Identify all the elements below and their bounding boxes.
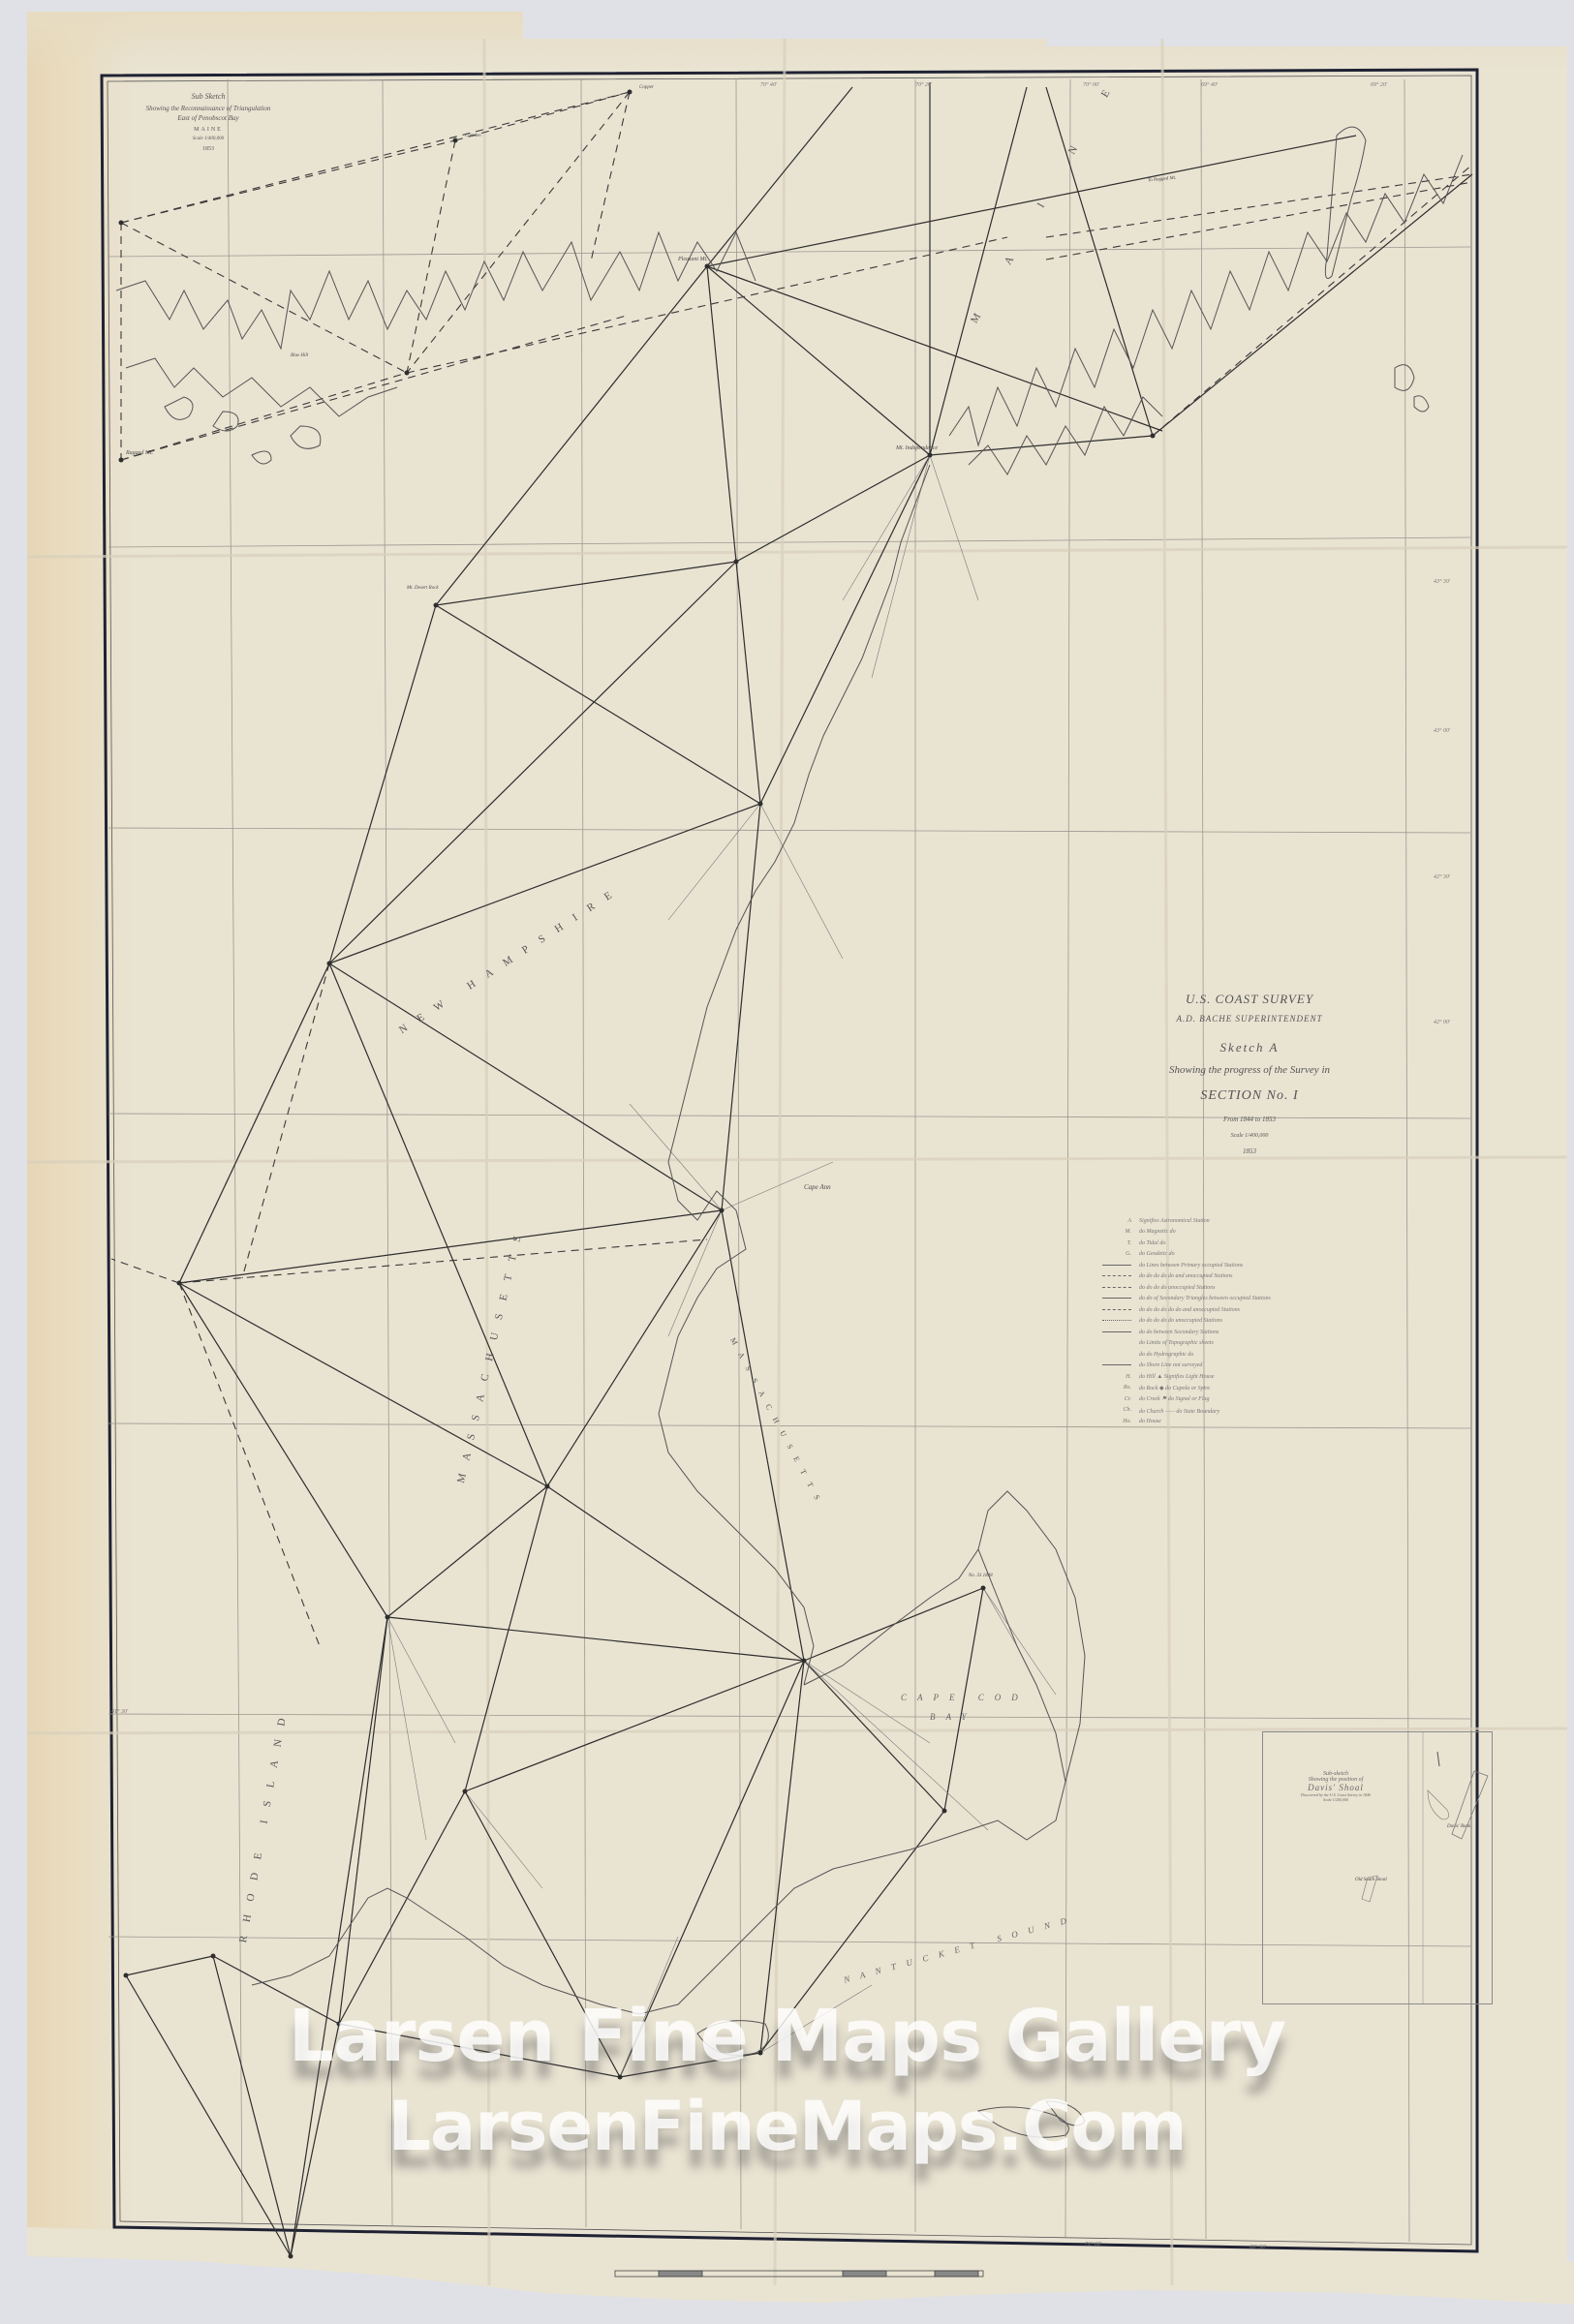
water-label-cape-cod: CAPE COD [901,1693,1029,1702]
solid-line-icon [1102,1364,1131,1365]
place-label: Copper [639,85,654,90]
latitude-tick: 43° 30' [1434,579,1450,585]
legend-row: Ho.do House [1093,1416,1271,1427]
latitude-tick: 43° 00' [1434,728,1450,734]
legend-row: do do do do do do and unoccupied Station… [1093,1304,1271,1316]
solid-line-icon [1102,1298,1131,1299]
place-label: Pleasant Mt. [678,257,708,262]
legend-row: do do of Secondary Triangles between occ… [1093,1294,1271,1305]
scale-text: Scale 1/400,000 [1114,1133,1385,1139]
sketch-title: Sketch A [1114,1041,1385,1054]
legend-row: do do do do unoccupied Stations [1093,1282,1271,1294]
solid-line-icon [1102,1265,1131,1266]
agency-title: U.S. COAST SURVEY [1114,993,1385,1005]
longitude-tick: 71° 00' [1085,2242,1101,2248]
legend-row: G.do Geodetic do [1093,1249,1271,1261]
longitude-tick: 69° 50' [1250,2245,1266,2250]
legend-row: ASignifies Astronomical Station [1093,1215,1271,1227]
place-label: Ragged Mt. [126,450,153,456]
latitude-tick: 41° 30' [111,1709,128,1715]
legend-row: do do between Secondary Stations [1093,1327,1271,1338]
legend-row: do Limits of Topographic sheets [1093,1338,1271,1350]
place-label: Mt. Desert Rock [407,586,439,591]
watermark-website: LarsenFineMaps.Com [0,2087,1574,2166]
torn-edge [523,0,1046,39]
map-title-block: U.S. COAST SURVEY A.D. BACHE SUPERINTEND… [1114,993,1385,1155]
legend-row: do do do do do and unoccupied Stations [1093,1271,1271,1283]
dashed-line-icon [1102,1309,1131,1310]
sub-sketch-title: Sub Sketch [97,92,320,101]
place-label: Blue Hill [291,353,308,358]
publication-year: 1853 [1114,1148,1385,1155]
place-label: Camden [465,134,481,138]
legend-row: M.do Magnetic do [1093,1227,1271,1238]
sub-sketch-line2: East of Penobscot Bay [97,114,320,122]
water-label-bay: BAY [930,1712,977,1722]
watermark-gallery-name: Larsen Fine Maps Gallery [0,1995,1574,2078]
longitude-tick: 69° 40' [1201,82,1218,88]
legend-row: H.do Hill ▲ Signifies Light House [1093,1371,1271,1383]
place-label: Mt. Independence [896,445,938,451]
longitude-tick: 70° 20' [915,82,932,88]
sub-sketch-penobscot: Sub Sketch Showing the Reconnaissance of… [97,92,320,152]
legend-row: Ch.do Church ⸺ do State Boundary [1093,1405,1271,1417]
dotted-line-icon [1102,1320,1131,1321]
date-range: From 1844 to 1853 [1114,1116,1385,1123]
legend-row: T.do Tidal do [1093,1238,1271,1249]
superintendent-line: A.D. BACHE SUPERINTENDENT [1114,1015,1385,1024]
sketch-subtitle: Showing the progress of the Survey in [1114,1065,1385,1076]
dashed-line-icon [1102,1275,1131,1276]
solid-line-icon [1102,1331,1131,1332]
sub-sketch-scale: Scale 1/400,000 [97,137,320,141]
dashed-line-icon [1102,1287,1131,1288]
longitude-tick: 69° 20' [1371,82,1387,88]
longitude-tick: 70° 00' [1083,82,1099,88]
map-legend: ASignifies Astronomical Station M.do Mag… [1093,1215,1271,1427]
legend-row: do do do do do unoccupied Stations [1093,1316,1271,1328]
section-title: SECTION No. I [1114,1089,1385,1103]
inset-drawing [1263,1732,1492,2003]
place-label: No. 33 1848 [969,1574,993,1578]
legend-row: Ro.do Rock ◆ do Cupola or Spire [1093,1383,1271,1394]
latitude-tick: 42° 30' [1434,874,1450,880]
legend-row: do Shore Line not surveyed [1093,1361,1271,1372]
place-label: Cape Ann [804,1183,831,1191]
latitude-tick: 42° 00' [1434,1020,1450,1025]
sub-sketch-line1: Showing the Reconnaissance of Triangulat… [97,105,320,112]
sub-sketch-year: 1853 [97,146,320,152]
longitude-tick: 70° 40' [760,82,777,88]
legend-row: Cr.do Creek ⚑ do Signal or Flag [1093,1393,1271,1405]
sub-sketch-state: MAINE [97,127,320,133]
legend-row: do Lines between Primary occupied Statio… [1093,1260,1271,1271]
inset-davis-shoal: Sub-sketch Showing the position of Davis… [1262,1731,1493,2004]
legend-row: do do Hydrographic do [1093,1349,1271,1361]
